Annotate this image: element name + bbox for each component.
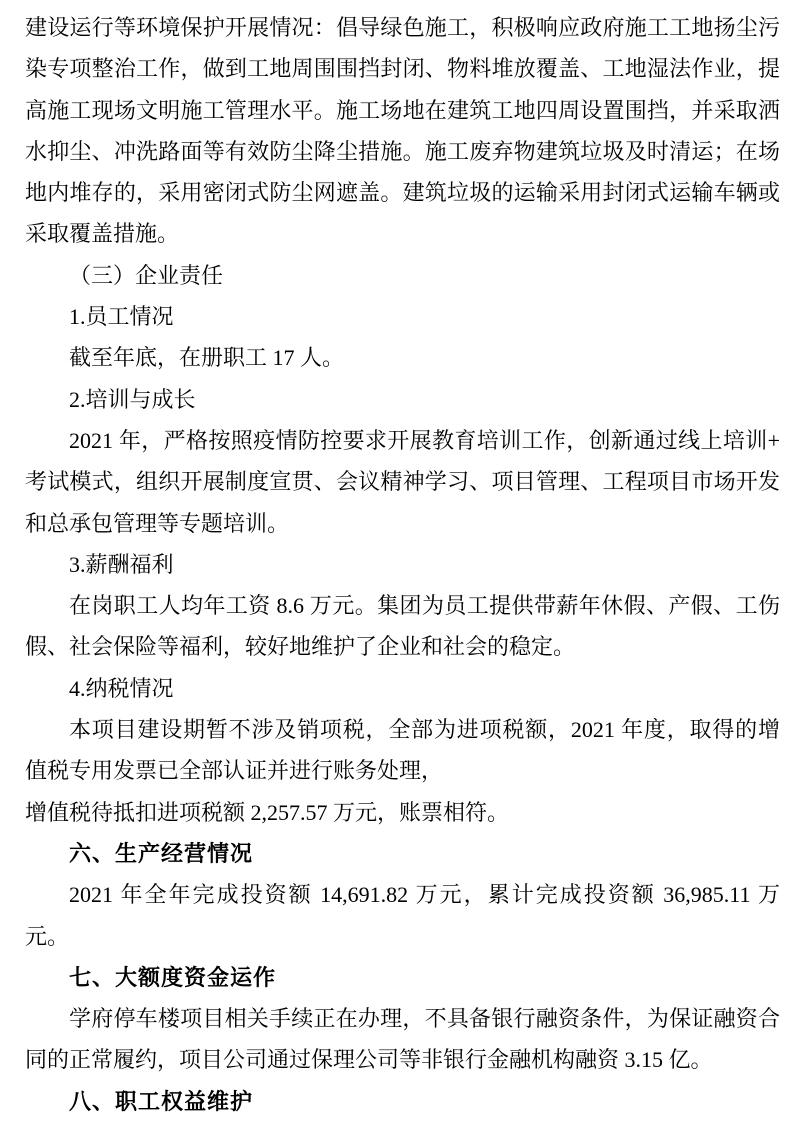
text-line: 假、社会保险等福利，较好地维护了企业和社会的稳定。 — [25, 626, 780, 667]
text-line: 和总承包管理等专题培训。 — [25, 503, 780, 544]
text-line: 地内堆存的，采用密闭式防尘网遮盖。建筑垃圾的运输采用封闭式运输车辆或 — [25, 172, 780, 213]
text-line: 学府停车楼项目相关手续正在办理，不具备银行融资条件，为保证融资合 — [25, 998, 780, 1039]
text-line: 2021 年，严格按照疫情防控要求开展教育培训工作，创新通过线上培训+ — [25, 420, 780, 461]
text-line: 水抑尘、冲洗路面等有效防尘降尘措施。施工废弃物建筑垃圾及时清运；在场 — [25, 131, 780, 172]
text-line: 染专项整治工作，做到工地周围围挡封闭、物料堆放覆盖、工地湿法作业，提 — [25, 48, 780, 89]
text-line: 建设运行等环境保护开展情况：倡导绿色施工，积极响应政府施工工地扬尘污 — [25, 7, 780, 48]
text-line: （三）企业责任 — [25, 255, 780, 296]
text-line: 元。 — [25, 916, 780, 957]
text-line: 同的正常履约，项目公司通过保理公司等非银行金融机构融资 3.15 亿。 — [25, 1039, 780, 1080]
text-line: 截至年底，在册职工 17 人。 — [25, 337, 780, 378]
text-line: 2021 年全年完成投资额 14,691.82 万元，累计完成投资额 36,98… — [25, 874, 780, 915]
section-heading: 七、大额度资金运作 — [25, 957, 780, 998]
text-line: 增值税待抵扣进项税额 2,257.57 万元，账票相符。 — [25, 792, 780, 833]
text-line: 4.纳税情况 — [25, 668, 780, 709]
text-line: 考试模式，组织开展制度宣贯、会议精神学习、项目管理、工程项目市场开发 — [25, 461, 780, 502]
section-heading: 六、生产经营情况 — [25, 833, 780, 874]
text-line: 高施工现场文明施工管理水平。施工场地在建筑工地四周设置围挡，并采取洒 — [25, 90, 780, 131]
document-body: 建设运行等环境保护开展情况：倡导绿色施工，积极响应政府施工工地扬尘污染专项整治工… — [0, 0, 794, 1122]
text-line: 1.员工情况 — [25, 296, 780, 337]
section-heading: 八、职工权益维护 — [25, 1081, 780, 1122]
document-page: 建设运行等环境保护开展情况：倡导绿色施工，积极响应政府施工工地扬尘污染专项整治工… — [0, 0, 794, 1123]
text-line: 在岗职工人均年工资 8.6 万元。集团为员工提供带薪年休假、产假、工伤 — [25, 585, 780, 626]
text-line: 采取覆盖措施。 — [25, 213, 780, 254]
text-line: 本项目建设期暂不涉及销项税，全部为进项税额，2021 年度，取得的增 — [25, 709, 780, 750]
text-line: 3.薪酬福利 — [25, 544, 780, 585]
text-line: 值税专用发票已全部认证并进行账务处理， — [25, 750, 780, 791]
text-line: 2.培训与成长 — [25, 379, 780, 420]
